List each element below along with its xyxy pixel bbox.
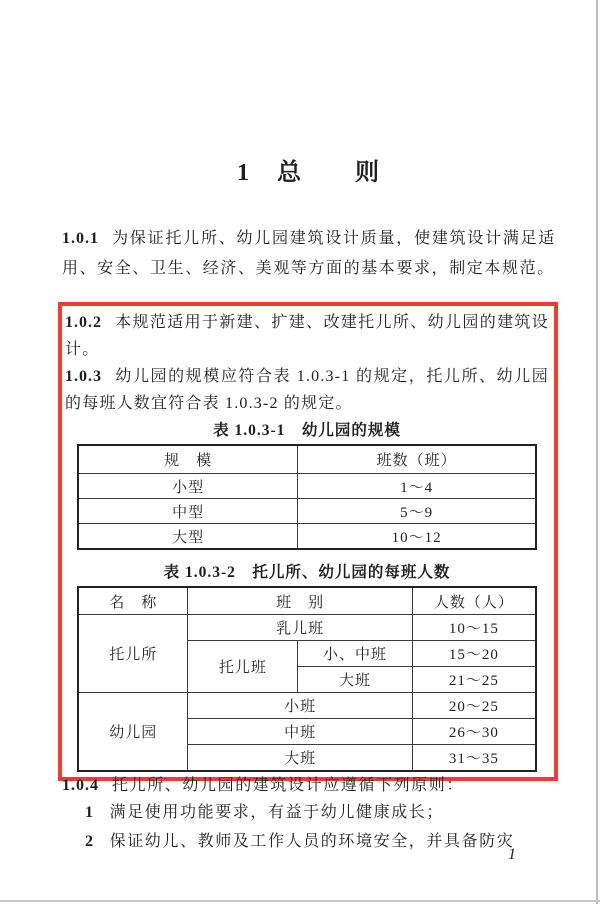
- list-text: 保证幼儿、教师及工作人员的环境安全，并具备防灾: [110, 833, 515, 850]
- clause-number: 1.0.1: [62, 230, 99, 247]
- list-item-1: 1满足使用功能要求，有益于幼儿健康成长；: [85, 801, 556, 825]
- list-item-2: 2保证幼儿、教师及工作人员的环境安全，并具备防灾: [85, 830, 556, 854]
- table-row: 大型 10～12: [78, 524, 536, 550]
- clause-text: 托儿所、幼儿园的建筑设计应遵循下列原则：: [112, 777, 464, 794]
- paragraph-1-0-4: 1.0.4托儿所、幼儿园的建筑设计应遵循下列原则：: [62, 771, 556, 801]
- cell-count: 21～25: [412, 667, 536, 693]
- cell-class: 大班: [298, 667, 413, 693]
- paragraph-1-0-1: 1.0.1为保证托儿所、幼儿园建筑设计质量，使建筑设计满足适用、安全、卫生、经济…: [62, 224, 556, 284]
- cell-class: 小、中班: [298, 641, 413, 667]
- table1-caption: 表 1.0.3-1 幼儿园的规模: [65, 421, 549, 441]
- clause-number: 1.0.3: [65, 368, 102, 385]
- header-people-count: 人数（人）: [412, 587, 536, 615]
- list-text: 满足使用功能要求，有益于幼儿健康成长；: [110, 804, 444, 821]
- table-row: 幼儿园 小班 20～25: [78, 693, 536, 719]
- cell-scale: 大型: [78, 524, 298, 550]
- clause-number: 1.0.2: [65, 314, 102, 331]
- table-class-size: 名 称 班 别 人数（人） 托儿所 乳儿班 10～15 托儿班 小、中班 15～…: [77, 586, 537, 772]
- document-page: 1 总 则 1.0.1为保证托儿所、幼儿园建筑设计质量，使建筑设计满足适用、安全…: [0, 0, 600, 904]
- cell-count: 20～25: [412, 693, 536, 719]
- page-number: 1: [508, 846, 516, 864]
- clause-text: 本规范适用于新建、扩建、改建托儿所、幼儿园的建筑设计。: [65, 314, 549, 358]
- cell-scale: 中型: [78, 499, 298, 524]
- clause-text: 为保证托儿所、幼儿园建筑设计质量，使建筑设计满足适用、安全、卫生、经济、美观等方…: [62, 230, 556, 277]
- highlight-box: 1.0.2本规范适用于新建、扩建、改建托儿所、幼儿园的建筑设计。 1.0.3幼儿…: [58, 302, 558, 781]
- header-scale: 规 模: [78, 445, 298, 474]
- cell-subgroup: 托儿班: [188, 641, 298, 693]
- cell-count: 10～15: [412, 615, 536, 641]
- cell-classes: 10～12: [298, 524, 536, 550]
- cell-classes: 1～4: [298, 474, 536, 499]
- table-header-row: 规 模 班数（班）: [78, 445, 536, 474]
- clause-number: 1.0.4: [62, 777, 99, 794]
- list-number: 1: [85, 804, 95, 821]
- paragraph-1-0-2: 1.0.2本规范适用于新建、扩建、改建托儿所、幼儿园的建筑设计。: [65, 309, 549, 363]
- cell-group-kindergarten: 幼儿园: [78, 693, 188, 772]
- page-title: 1 总 则: [62, 152, 556, 187]
- paragraph-1-0-3: 1.0.3幼儿园的规模应符合表 1.0.3-1 的规定，托儿所、幼儿园的每班人数…: [65, 363, 549, 417]
- scan-edge-bottom: [0, 900, 600, 902]
- clause-text: 幼儿园的规模应符合表 1.0.3-1 的规定，托儿所、幼儿园的每班人数宜符合表 …: [65, 368, 549, 412]
- cell-classes: 5～9: [298, 499, 536, 524]
- cell-class: 中班: [188, 719, 412, 745]
- cell-count: 26～30: [412, 719, 536, 745]
- table-row: 托儿所 乳儿班 10～15: [78, 615, 536, 641]
- scan-edge-right: [596, 0, 598, 904]
- header-class-type: 班 别: [188, 587, 412, 615]
- cell-class: 大班: [188, 745, 412, 772]
- header-class-count: 班数（班）: [298, 445, 536, 474]
- cell-group-nursery: 托儿所: [78, 615, 188, 693]
- cell-class: 乳儿班: [188, 615, 412, 641]
- list-number: 2: [85, 833, 95, 850]
- table-kindergarten-scale: 规 模 班数（班） 小型 1～4 中型 5～9 大型 10～12: [77, 444, 537, 550]
- cell-class: 小班: [188, 693, 412, 719]
- table2-caption: 表 1.0.3-2 托儿所、幼儿园的每班人数: [65, 563, 549, 583]
- table-row: 中型 5～9: [78, 499, 536, 524]
- table-row: 小型 1～4: [78, 474, 536, 499]
- cell-scale: 小型: [78, 474, 298, 499]
- header-name: 名 称: [78, 587, 188, 615]
- table-header-row: 名 称 班 别 人数（人）: [78, 587, 536, 615]
- cell-count: 31～35: [412, 745, 536, 772]
- cell-count: 15～20: [412, 641, 536, 667]
